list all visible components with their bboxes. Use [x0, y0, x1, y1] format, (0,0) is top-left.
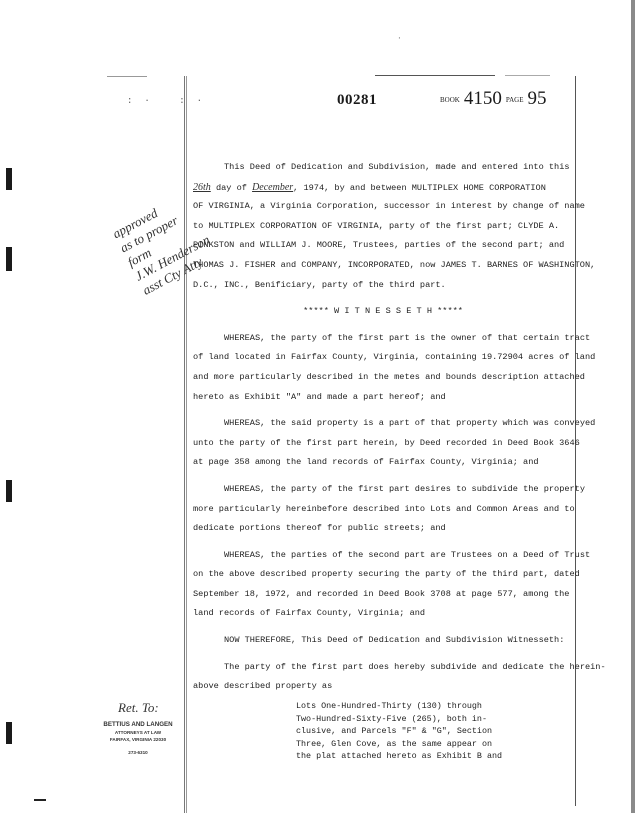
return-to-note: Ret. To:: [118, 700, 159, 716]
page-number: 95: [527, 88, 546, 109]
paragraph-gap: [193, 322, 573, 329]
book-number: 4150: [464, 88, 502, 109]
book-page-reference: BOOK 4150 PAGE 95: [440, 88, 546, 110]
paragraph-gap: [193, 624, 573, 631]
paragraph-gap: [193, 407, 573, 414]
text-line: WHEREAS, the party of the first part is …: [193, 329, 573, 349]
top-rule-left: [107, 76, 147, 77]
text-line: ***** W I T N E S S E T H *****: [193, 302, 573, 322]
handwritten-month: December: [252, 182, 293, 193]
text-line: NOW THEREFORE, This Deed of Dedication a…: [193, 631, 573, 651]
text-line: land records of Fairfax County, Virginia…: [193, 604, 573, 624]
text-line: on the above described property securing…: [193, 565, 573, 585]
lots-description: Lots One-Hundred-Thirty (130) through Tw…: [296, 700, 502, 763]
text-line: dedicate portions thereof for public str…: [193, 519, 573, 539]
page-edge: [631, 0, 635, 813]
binder-hole-mark: [6, 247, 12, 271]
binder-hole-mark: [6, 480, 12, 502]
text-line: D.C., INC., Benificiary, party of the th…: [193, 276, 573, 296]
text-line: more particularly hereinbefore described…: [193, 500, 573, 520]
firm-name: BETTIUS AND LANGEN: [90, 720, 186, 729]
text-line: WHEREAS, the parties of the second part …: [193, 546, 573, 566]
top-rule-right: [505, 75, 550, 76]
binder-hole-mark: [6, 722, 12, 744]
document-number: 00281: [337, 92, 377, 109]
text-line: The party of the first part does hereby …: [193, 658, 573, 678]
text-line: PINKSTON and WILLIAM J. MOORE, Trustees,…: [193, 236, 573, 256]
firm-title: ATTORNEYS AT LAW: [90, 729, 186, 736]
law-firm-stamp: BETTIUS AND LANGEN ATTORNEYS AT LAW FAIR…: [90, 720, 186, 756]
text-line: 26th day of December, 1974, by and betwe…: [193, 178, 573, 198]
text-line: at page 358 among the land records of Fa…: [193, 453, 573, 473]
firm-address: FAIRFAX, VIRGINIA 22030: [90, 736, 186, 743]
paragraph-gap: [193, 473, 573, 480]
text-line: This Deed of Dedication and Subdivision,…: [193, 158, 573, 178]
book-label: BOOK: [440, 96, 460, 104]
text-line: WHEREAS, the said property is a part of …: [193, 414, 573, 434]
text-line: above described property as: [193, 677, 573, 697]
left-margin-line: [184, 76, 187, 813]
scan-speck: ·: [397, 34, 402, 43]
top-rule-middle: [375, 75, 495, 76]
text-line: unto the party of the first part herein,…: [193, 434, 573, 454]
handwritten-day: 26th: [193, 182, 211, 193]
text-line: to MULTIPLEX CORPORATION OF VIRGINIA, pa…: [193, 217, 573, 237]
paragraph-gap: [193, 651, 573, 658]
binder-hole-mark: [6, 168, 12, 190]
text-line: OF VIRGINIA, a Virginia Corporation, suc…: [193, 197, 573, 217]
text-line: and more particularly described in the m…: [193, 368, 573, 388]
scan-specks: :· :·: [127, 96, 214, 106]
scan-mark: [34, 799, 46, 801]
text-line: September 18, 1972, and recorded in Deed…: [193, 585, 573, 605]
text-line: hereto as Exhibit "A" and made a part he…: [193, 388, 573, 408]
page-label: PAGE: [506, 96, 524, 104]
paragraph-gap: [193, 295, 573, 302]
paragraph-gap: [193, 539, 573, 546]
text-line: WHEREAS, the party of the first part des…: [193, 480, 573, 500]
deed-body: This Deed of Dedication and Subdivision,…: [193, 158, 573, 697]
firm-phone: 273-6310: [90, 749, 186, 756]
text-line: THOMAS J. FISHER and COMPANY, INCORPORAT…: [193, 256, 573, 276]
text-line: of land located in Fairfax County, Virgi…: [193, 348, 573, 368]
